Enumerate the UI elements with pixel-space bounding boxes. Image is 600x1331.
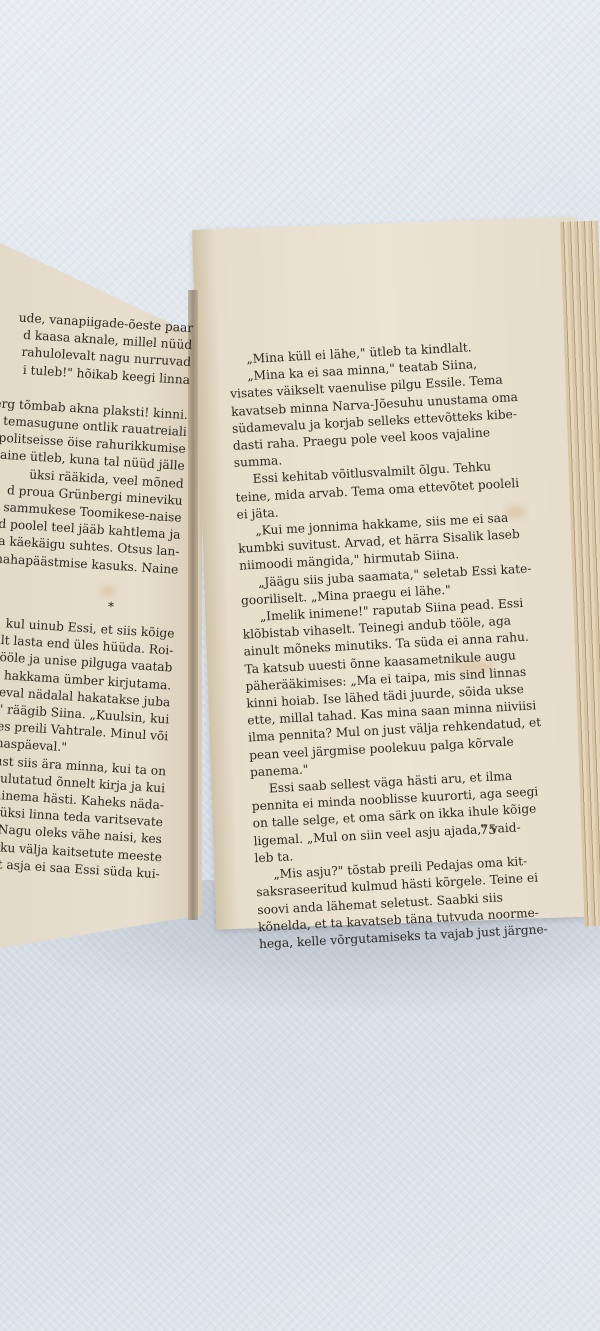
page-number: 75 xyxy=(480,823,497,838)
right-page-text: „Mina küll ei lähe," ütleb ta kindlalt. … xyxy=(228,336,559,953)
